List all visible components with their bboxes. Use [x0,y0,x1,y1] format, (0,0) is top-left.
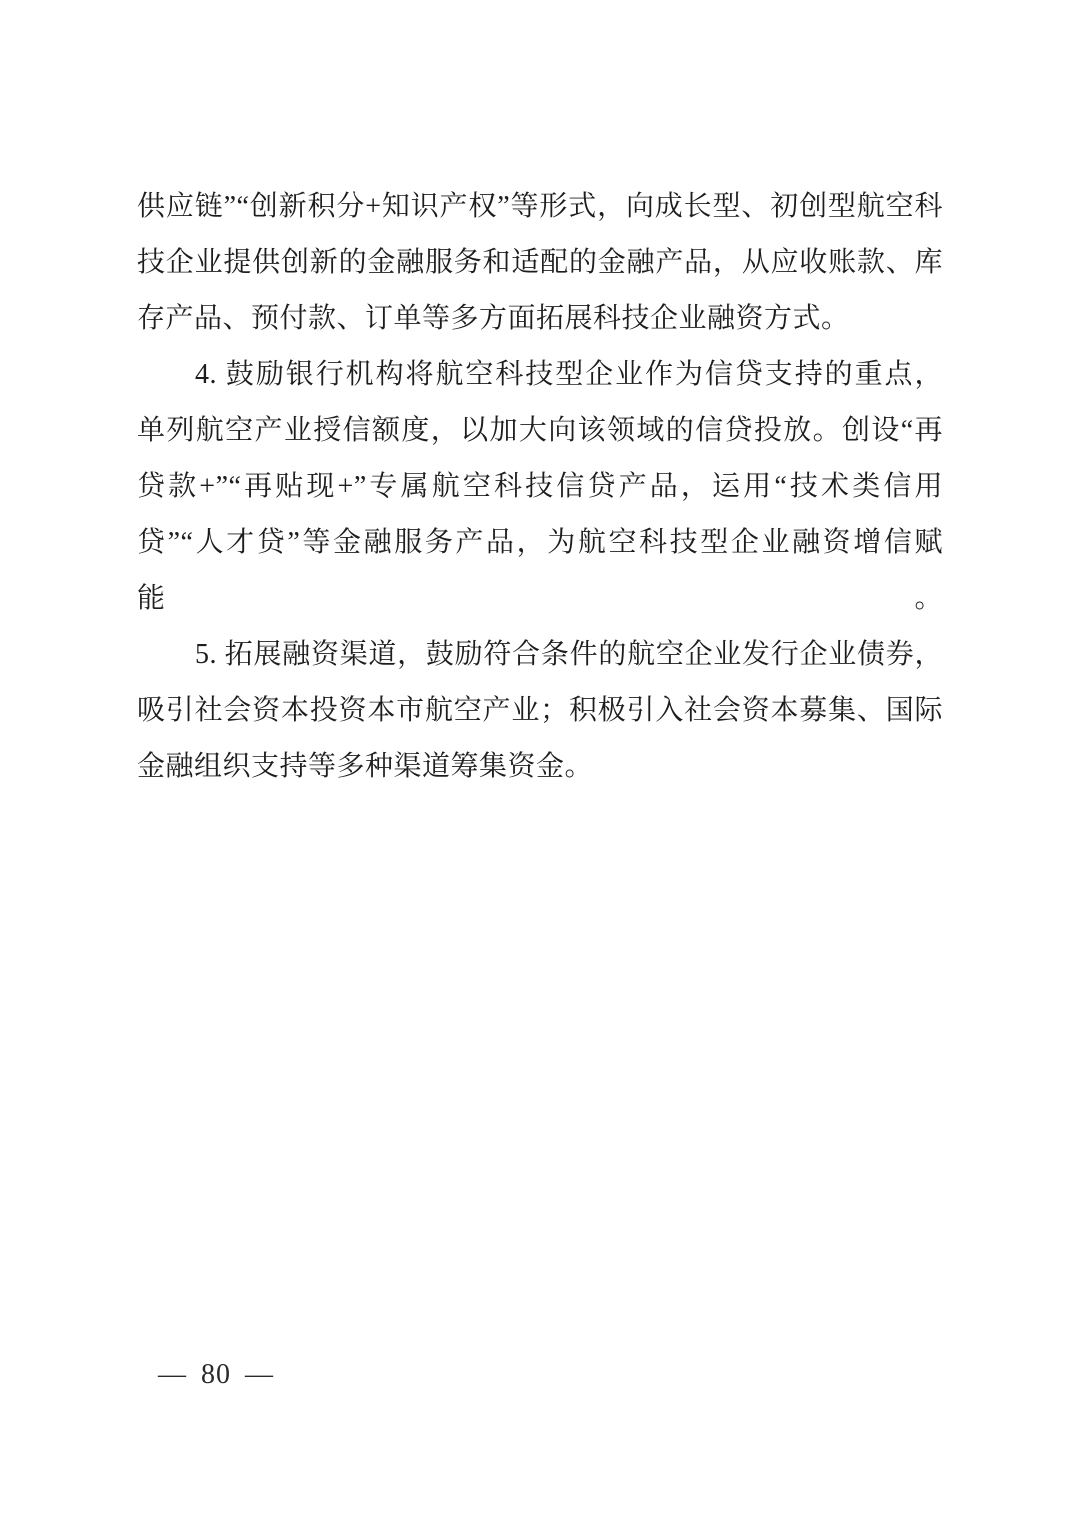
text-line: 贷”“人才贷”等金融服务产品，为航空科技型企业融资增信赋能。 [137,515,943,627]
document-body: 供应链”“创新积分+知识产权”等形式，向成长型、初创型航空科 技企业提供创新的金… [137,179,943,795]
page-number: — 80 — [158,1359,274,1390]
text-line: 贷款+”“再贴现+”专属航空科技信贷产品，运用“技术类信用 [137,459,943,515]
text-line: 存产品、预付款、订单等多方面拓展科技企业融资方式。 [137,291,943,347]
text-line: 4. 鼓励银行机构将航空科技型企业作为信贷支持的重点， [137,347,943,403]
text-line: 技企业提供创新的金融服务和适配的金融产品，从应收账款、库 [137,235,943,291]
paragraph-item-4: 4. 鼓励银行机构将航空科技型企业作为信贷支持的重点， 单列航空产业授信额度，以… [137,347,943,627]
paragraph-continuation: 供应链”“创新积分+知识产权”等形式，向成长型、初创型航空科 技企业提供创新的金… [137,179,943,347]
text-line: 5. 拓展融资渠道，鼓励符合条件的航空企业发行企业债券， [137,627,943,683]
text-line: 供应链”“创新积分+知识产权”等形式，向成长型、初创型航空科 [137,179,943,235]
text-line: 单列航空产业授信额度，以加大向该领域的信贷投放。创设“再 [137,403,943,459]
page-footer: — 80 — [158,1358,274,1392]
document-page: 供应链”“创新积分+知识产权”等形式，向成长型、初创型航空科 技企业提供创新的金… [0,0,1074,1520]
text-line: 吸引社会资本投资本市航空产业；积极引入社会资本募集、国际 [137,683,943,739]
paragraph-item-5: 5. 拓展融资渠道，鼓励符合条件的航空企业发行企业债券， 吸引社会资本投资本市航… [137,627,943,795]
text-line: 金融组织支持等多种渠道筹集资金。 [137,739,943,795]
